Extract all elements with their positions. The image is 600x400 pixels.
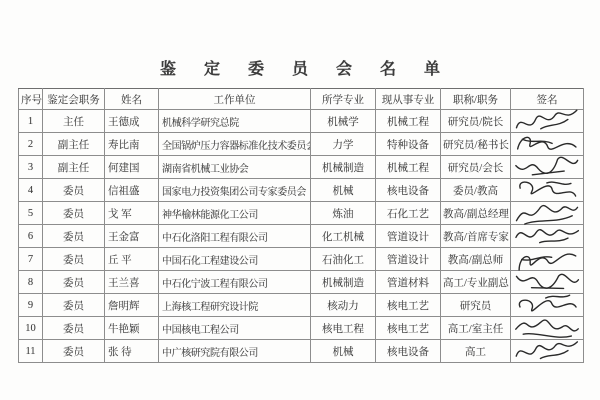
role-cell: 主任 [43,110,105,133]
role-cell: 副主任 [43,133,105,156]
current-field-cell: 核电工艺 [376,294,441,317]
title-cell: 高工 [441,340,511,363]
row-number: 6 [19,225,43,248]
title-cell: 委员/教高 [441,179,511,202]
row-number: 4 [19,179,43,202]
title-cell: 研究员/秘书长 [441,133,511,156]
name-cell: 丘 平 [105,248,159,271]
title-cell: 教高/副总经理 [441,202,511,225]
table-row: 4委员信祖盛国家电力投资集团公司专家委员会机械核电设备委员/教高 [19,179,584,202]
role-cell: 委员 [43,202,105,225]
role-cell: 委员 [43,340,105,363]
column-header-1: 鉴定会职务 [43,89,105,110]
role-cell: 委员 [43,271,105,294]
work-unit-cell: 机械科学研究总院 [159,110,311,133]
major-cell: 机械 [311,179,376,202]
row-number: 11 [19,340,43,363]
row-number: 2 [19,133,43,156]
current-field-cell: 核电设备 [376,340,441,363]
column-header-3: 工作单位 [159,89,311,110]
name-cell: 王德成 [105,110,159,133]
major-cell: 石油化工 [311,248,376,271]
name-cell: 戈 军 [105,202,159,225]
role-cell: 委员 [43,294,105,317]
signature-cell [511,271,584,294]
title-cell: 教高/首席专家 [441,225,511,248]
table-row: 10委员牛艳颖中国核电工程公司核电工程核电工艺高工/室主任 [19,317,584,340]
table-row: 1主任王德成机械科学研究总院机械学机械工程研究员/院长 [19,110,584,133]
role-cell: 委员 [43,179,105,202]
current-field-cell: 管道设计 [376,248,441,271]
title-cell: 研究员 [441,294,511,317]
committee-table: 序号鉴定会职务姓名工作单位所学专业现从事专业职称/职务签名 1主任王德成机械科学… [18,88,584,363]
work-unit-cell: 上海核工程研究设计院 [159,294,311,317]
column-header-4: 所学专业 [311,89,376,110]
signature-cell [511,202,584,225]
name-cell: 信祖盛 [105,179,159,202]
current-field-cell: 机械工程 [376,110,441,133]
signature-cell [511,317,584,340]
page-title: 鉴 定 委 员 会 名 单 [0,56,600,79]
name-cell: 寿比南 [105,133,159,156]
column-header-5: 现从事专业 [376,89,441,110]
row-number: 1 [19,110,43,133]
table-row: 5委员戈 军神华榆林能源化工公司炼油石化工艺教高/副总经理 [19,202,584,225]
major-cell: 力学 [311,133,376,156]
major-cell: 机械制造 [311,156,376,179]
current-field-cell: 机械工程 [376,156,441,179]
table-row: 9委员詹明辉上海核工程研究设计院核动力核电工艺研究员 [19,294,584,317]
signature-cell [511,133,584,156]
current-field-cell: 管道材料 [376,271,441,294]
column-header-6: 职称/职务 [441,89,511,110]
row-number: 10 [19,317,43,340]
column-header-2: 姓名 [105,89,159,110]
role-cell: 副主任 [43,156,105,179]
current-field-cell: 核电设备 [376,179,441,202]
row-number: 3 [19,156,43,179]
work-unit-cell: 湖南省机械工业协会 [159,156,311,179]
signature-cell [511,110,584,133]
table-row: 3副主任何建国湖南省机械工业协会机械制造机械工程研究员/会长 [19,156,584,179]
name-cell: 牛艳颖 [105,317,159,340]
table-row: 7委员丘 平中国石化工程建设公司石油化工管道设计教高/副总师 [19,248,584,271]
row-number: 5 [19,202,43,225]
work-unit-cell: 国家电力投资集团公司专家委员会 [159,179,311,202]
signature-cell [511,294,584,317]
signature-cell [511,248,584,271]
name-cell: 何建国 [105,156,159,179]
major-cell: 化工机械 [311,225,376,248]
column-header-7: 签名 [511,89,584,110]
title-cell: 高工/专业副总 [441,271,511,294]
title-cell: 研究员/会长 [441,156,511,179]
title-cell: 研究员/院长 [441,110,511,133]
work-unit-cell: 中石化宁波工程有限公司 [159,271,311,294]
work-unit-cell: 中广核研究院有限公司 [159,340,311,363]
signature-cell [511,225,584,248]
name-cell: 王金富 [105,225,159,248]
table-header-row: 序号鉴定会职务姓名工作单位所学专业现从事专业职称/职务签名 [19,89,584,110]
signature-scribble [511,336,583,369]
current-field-cell: 石化工艺 [376,202,441,225]
column-header-0: 序号 [19,89,43,110]
current-field-cell: 特种设备 [376,133,441,156]
work-unit-cell: 神华榆林能源化工公司 [159,202,311,225]
title-cell: 高工/室主任 [441,317,511,340]
major-cell: 核动力 [311,294,376,317]
name-cell: 张 待 [105,340,159,363]
role-cell: 委员 [43,225,105,248]
name-cell: 詹明辉 [105,294,159,317]
major-cell: 机械学 [311,110,376,133]
scanned-document-page: 鉴 定 委 员 会 名 单 序号鉴定会职务姓名工作单位所学专业现从事专业职称/职… [0,0,600,400]
table-row: 11委员张 待中广核研究院有限公司机械核电设备高工 [19,340,584,363]
table-row: 6委员王金富中石化洛阳工程有限公司化工机械管道设计教高/首席专家 [19,225,584,248]
table-row: 8委员王兰喜中石化宁波工程有限公司机械制造管道材料高工/专业副总 [19,271,584,294]
work-unit-cell: 全国锅炉压力容器标准化技术委员会 [159,133,311,156]
current-field-cell: 核电工艺 [376,317,441,340]
role-cell: 委员 [43,248,105,271]
major-cell: 核电工程 [311,317,376,340]
work-unit-cell: 中国核电工程公司 [159,317,311,340]
signature-cell [511,340,584,363]
major-cell: 机械 [311,340,376,363]
row-number: 7 [19,248,43,271]
title-cell: 教高/副总师 [441,248,511,271]
table-row: 2副主任寿比南全国锅炉压力容器标准化技术委员会力学特种设备研究员/秘书长 [19,133,584,156]
major-cell: 机械制造 [311,271,376,294]
work-unit-cell: 中国石化工程建设公司 [159,248,311,271]
name-cell: 王兰喜 [105,271,159,294]
work-unit-cell: 中石化洛阳工程有限公司 [159,225,311,248]
row-number: 9 [19,294,43,317]
major-cell: 炼油 [311,202,376,225]
role-cell: 委员 [43,317,105,340]
signature-cell [511,156,584,179]
current-field-cell: 管道设计 [376,225,441,248]
row-number: 8 [19,271,43,294]
signature-cell [511,179,584,202]
